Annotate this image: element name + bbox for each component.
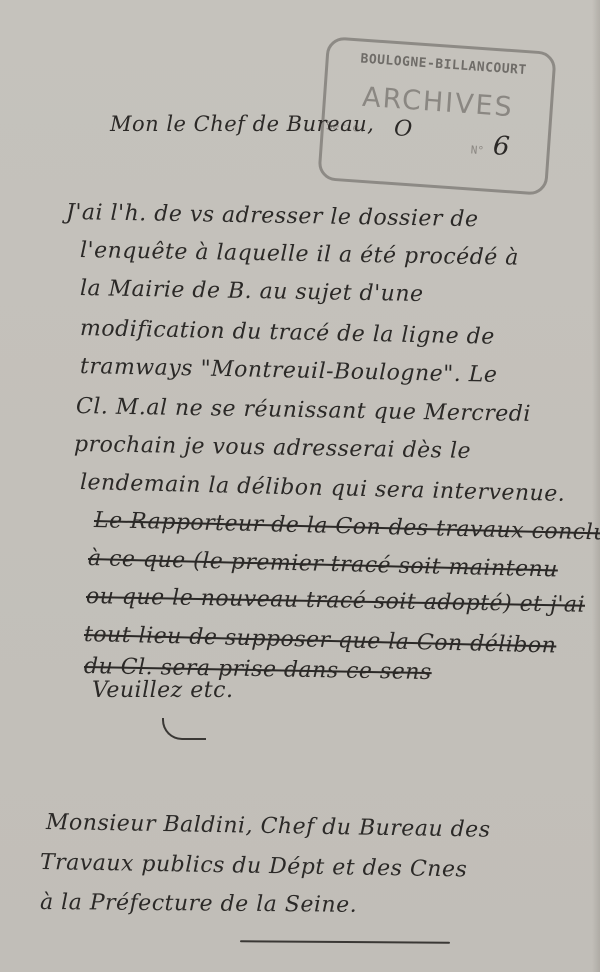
stamp-number-value: 6 xyxy=(492,131,511,162)
salutation: Mon le Chef de Bureau, xyxy=(110,112,374,136)
stamp-city: BOULOGNE-BILLANCOURT xyxy=(338,50,549,80)
stamp-serie-value: O xyxy=(393,116,413,142)
addressee-line: à la Préfecture de la Seine. xyxy=(40,890,357,918)
page-edge-shadow xyxy=(592,0,600,972)
stamp-number-label: N° xyxy=(470,143,484,157)
closing: Veuillez etc. xyxy=(92,678,233,703)
